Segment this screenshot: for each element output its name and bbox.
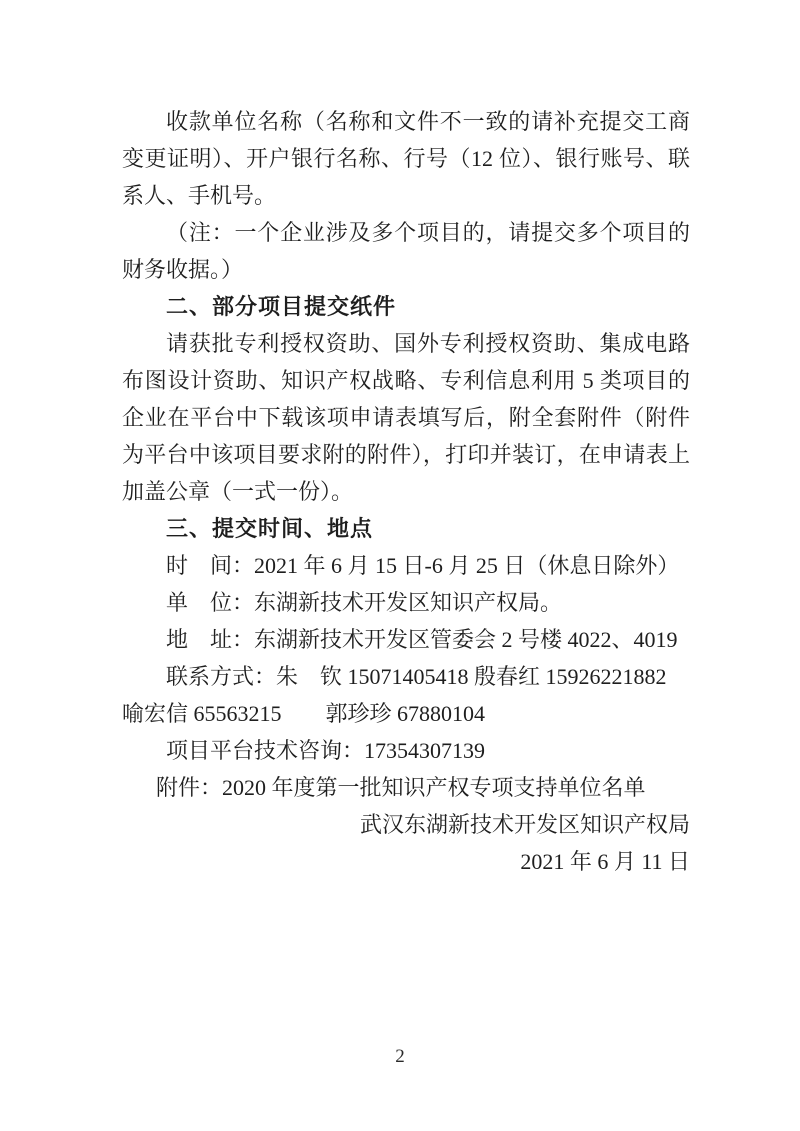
line-address: 地 址：东湖新技术开发区管委会 2 号楼 4022、4019 bbox=[122, 621, 690, 658]
signature-date: 2021 年 6 月 11 日 bbox=[122, 843, 690, 880]
document-body: 收款单位名称（名称和文件不一致的请补充提交工商变更证明）、开户银行名称、行号（1… bbox=[122, 103, 690, 880]
paragraph-bank-info: 收款单位名称（名称和文件不一致的请补充提交工商变更证明）、开户银行名称、行号（1… bbox=[122, 103, 690, 214]
line-contacts-2: 喻宏信 65563215 郭珍珍 67880104 bbox=[122, 695, 690, 732]
page-number: 2 bbox=[0, 1038, 800, 1075]
line-platform-support: 项目平台技术咨询：17354307139 bbox=[122, 732, 690, 769]
section-heading-2: 二、部分项目提交纸件 bbox=[122, 288, 690, 325]
document-page: 收款单位名称（名称和文件不一致的请补充提交工商变更证明）、开户银行名称、行号（1… bbox=[0, 0, 800, 1131]
attachment-reference: 附件：2020 年度第一批知识产权专项支持单位名单 bbox=[122, 769, 690, 806]
paragraph-note: （注：一个企业涉及多个项目的，请提交多个项目的财务收据。） bbox=[122, 214, 690, 288]
section-heading-3: 三、提交时间、地点 bbox=[122, 510, 690, 547]
line-unit: 单 位：东湖新技术开发区知识产权局。 bbox=[122, 584, 690, 621]
line-time: 时 间：2021 年 6 月 15 日-6 月 25 日（休息日除外） bbox=[122, 547, 690, 584]
issuing-authority-signature: 武汉东湖新技术开发区知识产权局 bbox=[122, 806, 690, 843]
line-contacts-1: 联系方式：朱 钦 15071405418 殷春红 15926221882 bbox=[122, 658, 690, 695]
paragraph-section2: 请获批专利授权资助、国外专利授权资助、集成电路布图设计资助、知识产权战略、专利信… bbox=[122, 325, 690, 510]
